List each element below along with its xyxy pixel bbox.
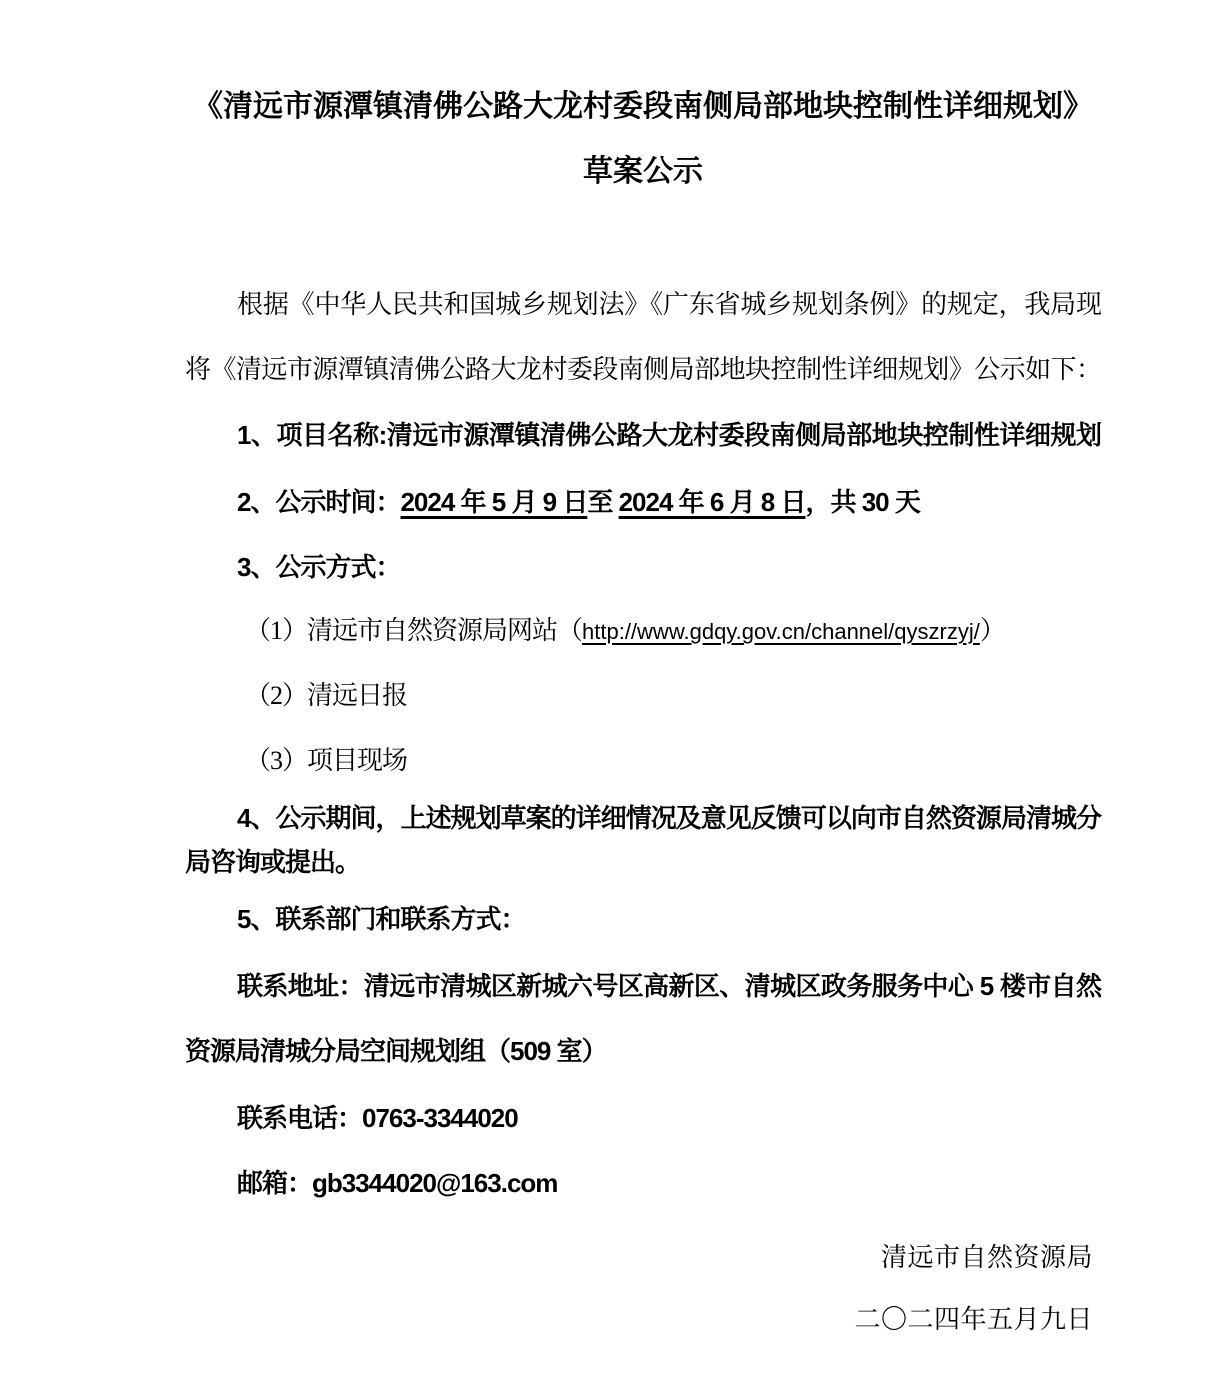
item-2-publicity-period: 2、公示时间：2024 年 5 月 9 日至 2024 年 6 月 8 日，共 … [185,486,1101,519]
method-1-prefix: （1）清远市自然资源局网站（ [245,616,582,645]
method-3-project-site: （3）项目现场 [185,745,1101,778]
method-1-suffix: ） [980,616,1005,645]
publicity-end-date: 2024 年 6 月 8 日 [619,487,806,517]
method-1-website: （1）清远市自然资源局网站（http://www.gdqy.gov.cn/cha… [185,615,1101,648]
contact-email: 邮箱：gb3344020@163.com [185,1167,1101,1200]
document-title: 《清远市源潭镇清佛公路大龙村委段南侧局部地块控制性详细规划》 [185,88,1101,126]
item-2-label: 2、公示时间： [237,487,400,517]
signature-date: 二〇二四年五月九日 [854,1304,1093,1337]
item-4-feedback-line-2: 局咨询或提出。 [185,846,1101,879]
intro-paragraph-line-1: 根据《中华人民共和国城乡规划法》《广东省城乡规划条例》的规定，我局现 [185,289,1101,322]
publicity-start-date: 2024 年 5 月 9 日 [400,487,587,517]
contact-phone: 联系电话：0763-3344020 [185,1102,1101,1135]
website-link[interactable]: http://www.gdqy.gov.cn/channel/qyszrzyj/ [582,619,980,644]
document-page: 《清远市源潭镇清佛公路大龙村委段南侧局部地块控制性详细规划》 草案公示 根据《中… [0,0,1226,1385]
contact-address-line-2: 资源局清城分局空间规划组（509 室） [185,1035,1101,1068]
publicity-period-connector: 至 [587,487,618,517]
item-3-publicity-method-heading: 3、公示方式： [185,551,1101,584]
intro-paragraph-line-2: 将《清远市源潭镇清佛公路大龙村委段南侧局部地块控制性详细规划》公示如下： [185,354,1101,387]
contact-address-line-1: 联系地址：清远市清城区新城六号区高新区、清城区政务服务中心 5 楼市自然 [185,970,1101,1003]
document-content: 《清远市源潭镇清佛公路大龙村委段南侧局部地块控制性详细规划》 草案公示 根据《中… [185,0,1101,1385]
item-5-contact-heading: 5、联系部门和联系方式： [185,903,1101,936]
document-subtitle: 草案公示 [185,153,1101,191]
method-2-newspaper: （2）清远日报 [185,680,1101,713]
item-1-project-name: 1、项目名称:清远市源潭镇清佛公路大龙村委段南侧局部地块控制性详细规划 [185,419,1101,452]
signature-organization: 清远市自然资源局 [881,1242,1093,1275]
item-4-feedback-line-1: 4、公示期间，上述规划草案的详细情况及意见反馈可以向市自然资源局清城分 [185,802,1101,835]
publicity-duration: ，共 30 天 [805,487,919,517]
